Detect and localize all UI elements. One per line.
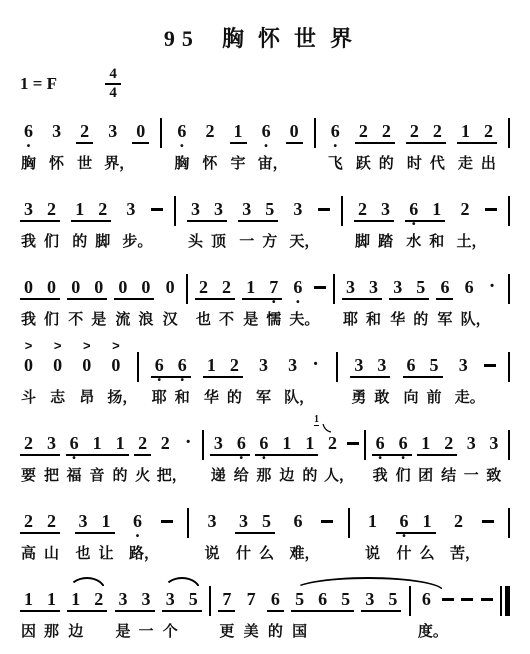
note-token: 61•什么 <box>396 495 436 564</box>
note-decorations <box>243 573 260 589</box>
octave-dot-row: • <box>396 534 436 541</box>
dash-note <box>161 509 173 523</box>
note-digit: 3 <box>365 277 382 297</box>
dash-mark <box>485 208 497 211</box>
octave-dot-row <box>201 144 218 151</box>
note-decorations <box>238 183 278 199</box>
lyric-syllable: 度。 <box>418 622 435 642</box>
lyric-syllable: 因 <box>20 622 37 642</box>
note-decorations: > <box>49 339 66 355</box>
lyric-syllable: 军 <box>436 310 453 330</box>
digit-row: 22 <box>195 277 235 300</box>
octave-dot-row <box>235 534 275 541</box>
dash-note <box>347 431 359 445</box>
lyric-row: 致 <box>485 466 502 486</box>
note-digit: 3 <box>122 199 139 219</box>
note-decorations <box>403 339 443 355</box>
note-token: 6•胸 <box>20 105 37 174</box>
note-digit: 2 <box>134 433 151 453</box>
lyric-row: 国 <box>291 622 354 642</box>
lyric-syllable: 顶 <box>210 232 227 252</box>
low-octave-dot <box>122 222 139 229</box>
low-octave-dot <box>20 612 37 619</box>
low-octave-dot <box>417 456 434 463</box>
low-octave-dot <box>419 534 436 541</box>
low-octave-dot <box>204 534 221 541</box>
final-barline-thin <box>500 586 502 616</box>
lyric-syllable: 说 <box>364 544 381 564</box>
note-token: 0汉 <box>162 261 179 330</box>
lyric-syllable: 们 <box>43 232 60 252</box>
lyric-syllable <box>314 622 331 642</box>
note-digit: 1 <box>278 433 295 453</box>
note-token: 6军 <box>436 261 453 330</box>
digit-row: 6· <box>461 277 501 300</box>
digit-row: 3 <box>204 511 221 534</box>
note-digit: 2 <box>20 433 37 453</box>
lyric-row: 难， <box>290 544 307 564</box>
low-octave-dot: • <box>233 456 250 463</box>
lyric-row: 的脚 <box>71 232 111 252</box>
note-decorations <box>372 417 412 433</box>
note-decorations <box>151 339 191 355</box>
note-decorations: > <box>20 339 37 355</box>
note-token: 17•是懦 <box>242 261 282 330</box>
low-octave-dot: • <box>327 144 344 151</box>
octave-dot-row <box>71 222 111 229</box>
note-digit: 5 <box>412 277 429 297</box>
note-digit: 0 <box>67 277 84 297</box>
low-octave-dot: • <box>265 300 282 307</box>
octave-dot-row <box>463 456 480 463</box>
barline <box>174 196 176 226</box>
note-token: 61•水和 <box>405 183 445 252</box>
octave-dot-row <box>389 300 429 307</box>
note-token: 35华的 <box>389 261 429 330</box>
note-decorations <box>204 495 221 511</box>
note-decorations <box>75 495 115 511</box>
octave-dot-row <box>195 300 235 307</box>
note-token: 3天， <box>289 183 306 252</box>
low-octave-dot <box>426 378 443 385</box>
note-digit: 0 <box>78 355 95 375</box>
octave-dot-row <box>162 612 202 619</box>
note-decorations <box>354 183 394 199</box>
octave-dot-row <box>354 222 394 229</box>
digit-row: 22 <box>406 121 446 144</box>
low-octave-dot <box>457 144 474 151</box>
lyric-syllable: 一 <box>463 466 480 486</box>
note-token: 36•递给 <box>210 417 250 486</box>
note-token: 3一 <box>463 417 480 486</box>
lyric-syllable: 浪 <box>137 310 154 330</box>
lyric-row: 更 <box>218 622 235 642</box>
lyric-row: 华的 <box>389 310 429 330</box>
note-token: >0志 <box>49 339 66 408</box>
octave-dot-row <box>20 222 60 229</box>
digit-row: 12 <box>417 433 457 456</box>
note-digit: 3 <box>75 511 92 531</box>
low-octave-dot <box>218 612 235 619</box>
octave-dot-row: • <box>173 144 190 151</box>
octave-dot-row <box>115 612 155 619</box>
lyric-syllable: 递 <box>210 466 227 486</box>
low-octave-dot <box>301 456 318 463</box>
note-decorations <box>389 261 429 277</box>
low-octave-dot <box>134 456 151 463</box>
note-decorations <box>218 573 235 589</box>
note-token: 565国 <box>291 573 354 642</box>
note-digit: 3 <box>361 589 378 609</box>
lyric-syllable: 的 <box>112 466 129 486</box>
digit-row: 00 <box>114 277 154 300</box>
dash-mark <box>481 598 493 601</box>
low-octave-dot <box>337 612 354 619</box>
octave-dot-row <box>238 222 278 229</box>
note-digit: 3 <box>235 511 252 531</box>
note-token: 00我们 <box>20 261 60 330</box>
dash-note <box>318 197 330 211</box>
low-octave-dot <box>230 144 247 151</box>
digit-row: 11 <box>20 589 60 612</box>
note-decorations <box>289 183 306 199</box>
lyric-syllable <box>337 622 354 642</box>
note-digit: 3 <box>342 277 359 297</box>
low-octave-dot <box>78 378 95 385</box>
low-octave-dot: • <box>258 144 275 151</box>
meter-denominator: 4 <box>105 85 121 101</box>
note-decorations <box>122 183 139 199</box>
lyric-syllable: 土， <box>456 232 473 252</box>
score: 6•胸3怀2世3界，06•胸2怀1宇6•宙，06•飞22跃的22时代12走出32… <box>20 105 510 651</box>
octave-dot-row <box>450 534 467 541</box>
low-octave-dot <box>361 612 378 619</box>
lyric-row: 耶和 <box>342 310 382 330</box>
lyric-row: 路， <box>129 544 146 564</box>
note-decorations <box>20 183 60 199</box>
octave-dot-row <box>289 222 306 229</box>
low-octave-dot <box>43 222 60 229</box>
lyric-syllable: 的 <box>226 388 243 408</box>
lyric-syllable: 把 <box>43 466 60 486</box>
score-line: 32我们12的脚3步。33头顶35一方3天，23脚踏61•水和2土， <box>20 183 510 261</box>
octave-dot-row: • <box>210 456 250 463</box>
lyric-syllable: 敢 <box>373 388 390 408</box>
note-decorations <box>291 573 354 589</box>
note-decorations <box>267 573 284 589</box>
lyric-row: 宙， <box>258 154 275 174</box>
low-octave-dot <box>480 144 497 151</box>
note-token: 611•福音的 <box>66 417 129 486</box>
note-decorations <box>48 105 65 121</box>
dash-mark <box>321 520 333 523</box>
octave-dot-row <box>286 144 303 151</box>
low-octave-dot <box>114 300 131 307</box>
dash-note <box>151 197 163 211</box>
digit-row: 0 <box>286 121 303 144</box>
note-token: 3·队， <box>284 339 324 408</box>
note-digit: 6 <box>258 121 275 141</box>
lyric-row: 向前 <box>403 388 443 408</box>
digit-row: 23 <box>20 433 60 456</box>
low-octave-dot <box>20 534 37 541</box>
note-digit: 2 <box>76 121 93 141</box>
lyric-syllable: 流 <box>114 310 131 330</box>
note-decorations <box>162 261 179 277</box>
low-octave-dot <box>137 300 154 307</box>
note-token: 12华的 <box>203 339 243 408</box>
song-title: 胸怀世界 <box>222 26 366 51</box>
digit-row: 33 <box>187 199 227 222</box>
octave-dot-row <box>162 300 179 307</box>
note-digit: 3 <box>187 199 204 219</box>
digit-row: 6 <box>418 589 435 612</box>
note-digit: 3 <box>162 589 179 609</box>
digit-row: 6 <box>267 589 284 612</box>
lyric-syllable: 华 <box>203 388 220 408</box>
octave-dot-row: • <box>66 456 129 463</box>
low-octave-dot <box>187 222 204 229</box>
note-token: 2世 <box>76 105 93 174</box>
low-octave-dot <box>350 378 367 385</box>
note-decorations <box>76 105 93 121</box>
lyric-row: 军 <box>436 310 453 330</box>
lyric-syllable: 华 <box>389 310 406 330</box>
dash-mark <box>442 598 454 601</box>
octave-dot-row <box>20 456 60 463</box>
note-digit: 3 <box>485 433 502 453</box>
low-octave-dot <box>403 378 420 385</box>
note-digit: 0 <box>49 355 66 375</box>
digit-row: 31 <box>75 511 115 534</box>
octave-dot-row <box>485 456 502 463</box>
note-digit: 6 <box>436 277 453 297</box>
digit-row: 7 <box>243 589 260 612</box>
lyric-row: 说 <box>364 544 381 564</box>
note-token: 3致 <box>485 417 502 486</box>
note-digit: 3 <box>389 277 406 297</box>
note-digit: 2 <box>201 121 218 141</box>
note-digit: 2 <box>456 199 473 219</box>
note-digit: 3 <box>238 199 255 219</box>
lyric-row: 火 <box>134 466 151 486</box>
note-token: 2苦， <box>450 495 467 564</box>
octave-dot-row <box>67 612 107 619</box>
note-digit: 0 <box>43 277 60 297</box>
note-token: 6•宙， <box>258 105 275 174</box>
low-octave-dot <box>43 612 60 619</box>
note-decorations <box>417 417 457 433</box>
digit-row: 0 <box>162 277 179 300</box>
note-digit: 6 <box>290 511 307 531</box>
digit-row: 35 <box>162 589 202 612</box>
digit-row: 17 <box>242 277 282 300</box>
note-digit: 5 <box>337 589 354 609</box>
digit-row: 33 <box>115 589 155 612</box>
octave-dot-row <box>20 534 60 541</box>
octave-dot-row <box>20 300 60 307</box>
lyric-syllable: 跃 <box>355 154 372 174</box>
note-decorations <box>210 417 250 433</box>
low-octave-dot <box>67 612 84 619</box>
lyric-row: 胸 <box>173 154 190 174</box>
note-decorations <box>284 339 324 355</box>
digit-row: 3 <box>455 355 472 378</box>
low-octave-dot <box>138 612 155 619</box>
low-octave-dot <box>20 456 37 463</box>
octave-dot-row <box>291 612 354 619</box>
note-decorations <box>463 417 480 433</box>
note-decorations <box>327 105 344 121</box>
lyric-row: 汉 <box>162 310 179 330</box>
octave-dot-row <box>361 612 401 619</box>
digit-row: 2· <box>157 433 197 456</box>
note-token: 3军 <box>255 339 272 408</box>
digit-row: 0 <box>20 355 37 378</box>
octave-dot-row <box>204 534 221 541</box>
lyric-row: 的 <box>267 622 284 642</box>
note-token: 611•那边的 <box>255 417 318 486</box>
note-token: 6•飞 <box>327 105 344 174</box>
note-decorations <box>255 339 272 355</box>
octave-dot-row <box>243 612 260 619</box>
digit-row: 22 <box>355 121 395 144</box>
low-octave-dot <box>418 612 435 619</box>
lyric-row: 高山 <box>20 544 60 564</box>
low-octave-dot: • <box>405 222 422 229</box>
low-octave-dot <box>284 378 301 385</box>
low-octave-dot <box>43 300 60 307</box>
lyric-row: 个 <box>162 622 202 642</box>
note-decorations <box>289 261 306 277</box>
note-token: 35什么 <box>235 495 275 564</box>
note-digit: 7 <box>265 277 282 297</box>
barline <box>137 352 139 382</box>
low-octave-dot <box>94 222 111 229</box>
low-octave-dot <box>373 378 390 385</box>
lyric-row: 苦， <box>450 544 467 564</box>
digit-row: 2 <box>450 511 467 534</box>
low-octave-dot <box>104 144 121 151</box>
lyric-syllable: 怀 <box>48 154 65 174</box>
lyric-syllable: 扬， <box>107 388 124 408</box>
dash-note <box>484 353 496 367</box>
digit-row: 2 <box>76 121 93 144</box>
octave-dot-row <box>134 456 151 463</box>
note-decorations <box>406 105 446 121</box>
lyric-syllable: 方 <box>261 232 278 252</box>
low-octave-dot <box>235 534 252 541</box>
note-decorations <box>115 573 155 589</box>
low-octave-dot <box>384 612 401 619</box>
note-token: 6·队， <box>461 261 501 330</box>
note-decorations <box>67 573 107 589</box>
digit-row: 65 <box>403 355 443 378</box>
lyric-syllable: 难， <box>290 544 307 564</box>
lyric-row: 也不 <box>195 310 235 330</box>
barline <box>348 508 350 538</box>
low-octave-dot <box>162 300 179 307</box>
octave-dot-row <box>104 144 121 151</box>
note-token: >0扬， <box>107 339 124 408</box>
digit-row: 22 <box>20 511 60 534</box>
note-decorations: > <box>107 339 124 355</box>
note-token: 12的脚 <box>71 183 111 252</box>
octave-dot-row <box>255 378 272 385</box>
lyric-row: 怀 <box>48 154 65 174</box>
note-decorations <box>203 339 243 355</box>
dash-note <box>314 275 326 289</box>
note-token: 2土， <box>456 183 473 252</box>
note-token: 1说 <box>364 495 381 564</box>
octave-dot-row <box>76 144 93 151</box>
lyric-syllable: 和 <box>174 388 191 408</box>
lyric-syllable: 宇 <box>230 154 247 174</box>
note-digit: 3 <box>204 511 221 531</box>
note-digit: 1 <box>203 355 220 375</box>
note-decorations <box>485 417 502 433</box>
digit-row: 2 <box>201 121 218 144</box>
low-octave-dot <box>210 456 227 463</box>
octave-dot-row <box>20 612 60 619</box>
lyric-syllable: 队， <box>284 388 301 408</box>
note-decorations <box>286 105 303 121</box>
note-token: 3界， <box>104 105 121 174</box>
note-token: 33头顶 <box>187 183 227 252</box>
octave-dot-row: • <box>289 300 306 307</box>
octave-dot-row <box>187 222 227 229</box>
note-token: 3步。 <box>122 183 139 252</box>
note-digit: 3 <box>289 199 306 219</box>
low-octave-dot <box>455 378 472 385</box>
lyric-syllable: 更 <box>218 622 235 642</box>
lyric-syllable: 团 <box>417 466 434 486</box>
note-decorations <box>361 573 401 589</box>
note-digit: 3 <box>210 199 227 219</box>
note-digit: 0 <box>132 121 149 141</box>
low-octave-dot: • <box>255 456 272 463</box>
note-digit: 3 <box>48 121 65 141</box>
dash-mark <box>482 520 494 523</box>
lyric-syllable: 志 <box>49 388 66 408</box>
barline <box>508 508 510 538</box>
lyric-syllable: 的 <box>267 622 284 642</box>
lyric-row: 走。 <box>455 388 472 408</box>
note-decorations <box>235 495 275 511</box>
octave-dot-row <box>355 144 395 151</box>
lyric-row: 步。 <box>122 232 139 252</box>
lyric-syllable: 勇 <box>350 388 367 408</box>
note-token: 66••耶和 <box>151 339 191 408</box>
note-digit: 2 <box>355 121 372 141</box>
note-digit: 7 <box>218 589 235 609</box>
note-token: 23脚踏 <box>354 183 394 252</box>
lyric-row: 一方 <box>238 232 278 252</box>
note-token: 7更 <box>218 573 235 642</box>
low-octave-dot <box>112 456 129 463</box>
note-digit: 2 <box>157 433 174 453</box>
note-digit: 5 <box>258 511 275 531</box>
lyric-syllable: 是 <box>90 310 107 330</box>
dash-note <box>482 509 494 523</box>
note-decorations <box>67 261 107 277</box>
note-token: 12走出 <box>457 105 497 174</box>
lyric-row: 美 <box>243 622 260 642</box>
dash-note <box>481 587 493 601</box>
octave-dot-row <box>461 300 478 307</box>
note-digit: 2 <box>354 199 371 219</box>
low-octave-dot <box>238 222 255 229</box>
